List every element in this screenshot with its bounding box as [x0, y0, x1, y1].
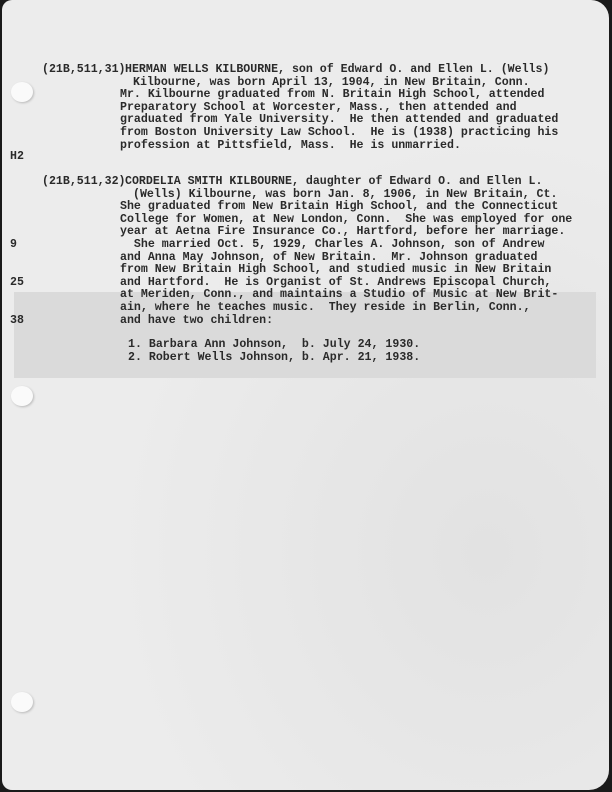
entry-line: profession at Pittsfield, Mass. He is un…	[120, 140, 461, 153]
margin-note: 25	[10, 277, 38, 290]
entry-line: HERMAN WELLS KILBOURNE, son of Edward O.…	[125, 64, 549, 77]
margin-notes: H2 9 25 38	[10, 126, 38, 353]
entry-reference: (21B,511,31)	[42, 64, 126, 77]
child-entry: 2. Robert Wells Johnson, b. Apr. 21, 193…	[128, 352, 420, 365]
entry-line: She graduated from New Britain High Scho…	[120, 201, 558, 214]
entry-line: from New Britain High School, and studie…	[120, 264, 551, 277]
margin-note: 9	[10, 239, 38, 252]
entry-line: She married Oct. 5, 1929, Charles A. Joh…	[120, 239, 544, 252]
child-entry: 1. Barbara Ann Johnson, b. July 24, 1930…	[128, 339, 420, 352]
entry-line: CORDELIA SMITH KILBOURNE, daughter of Ed…	[125, 176, 542, 189]
entry-line: ain, where he teaches music. They reside…	[120, 302, 531, 315]
punch-hole-top	[11, 82, 33, 102]
entry-line: from Boston University Law School. He is…	[120, 127, 558, 140]
margin-note: 38	[10, 315, 38, 328]
entry-reference: (21B,511,32)	[42, 176, 126, 189]
punch-hole-middle	[11, 386, 33, 406]
margin-note: H2	[10, 151, 38, 164]
typewritten-page: H2 9 25 38 (21B,511,31) HERMAN WELLS KIL…	[2, 0, 609, 790]
punch-hole-bottom	[11, 692, 33, 712]
entry-line: Mr. Kilbourne graduated from N. Britain …	[120, 89, 544, 102]
entry-line: and have two children:	[120, 315, 273, 328]
